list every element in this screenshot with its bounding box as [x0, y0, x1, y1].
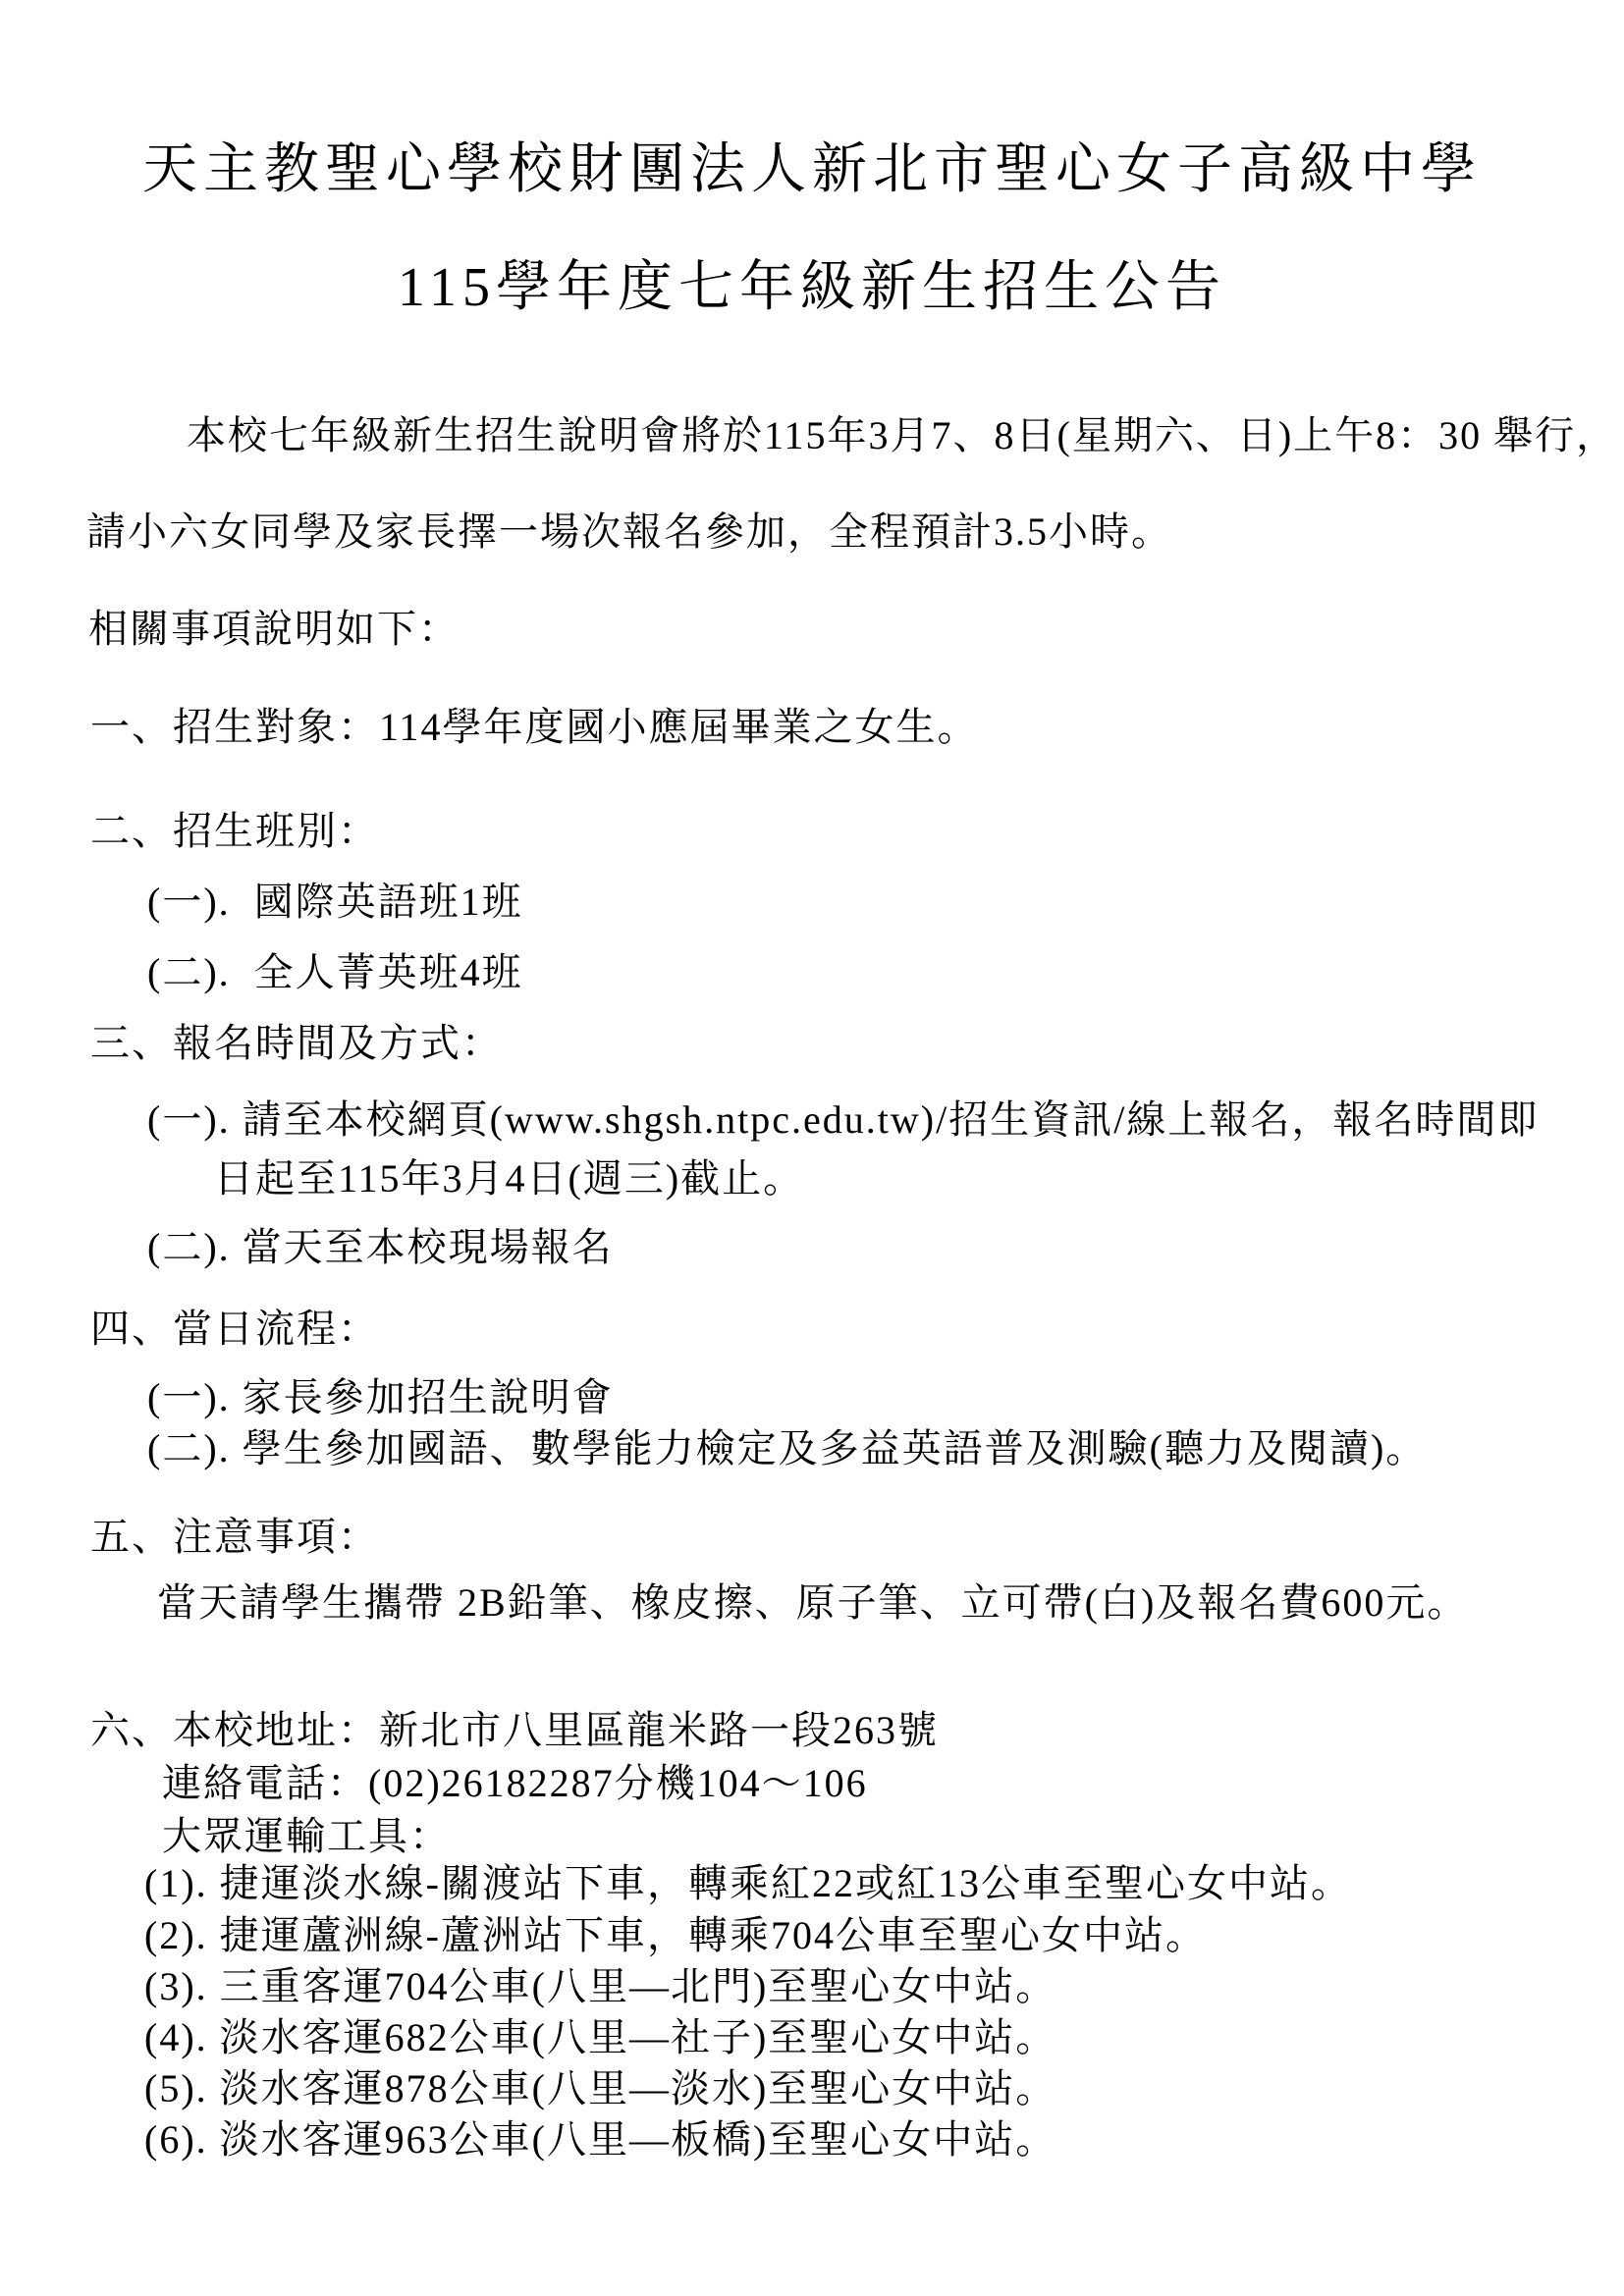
section-2-class-types-heading: 二、招生班別： — [90, 809, 379, 854]
section-4-item-parent-briefing: (一). 家長參加招生說明會 — [147, 1375, 614, 1420]
transport-item-bus-963: (6). 淡水客運963公車(八里—板橋)至聖心女中站。 — [144, 2117, 1056, 2163]
transport-item-mrt-tamsui-line: (1). 捷運淡水線-關渡站下車，轉乘紅22或紅13公車至聖心女中站。 — [144, 1861, 1352, 1906]
section-2-item-international-english-class: (一). 國際英語班1班 — [147, 880, 523, 925]
section-6-transport-heading: 大眾運輸工具： — [162, 1814, 451, 1859]
document-title-line-2: 115學年度七年級新生招生公告 — [0, 243, 1624, 322]
intro-paragraph-line-2: 請小六女同學及家長擇一場次報名參加，全程預計3.5小時。 — [86, 509, 1172, 555]
section-3-item-online-registration-line-2: 日起至115年3月4日(週三)截止。 — [214, 1156, 804, 1201]
transport-item-bus-704: (3). 三重客運704公車(八里—北門)至聖心女中站。 — [144, 1964, 1056, 2009]
section-6-school-address: 六、本校地址：新北市八里區龍米路一段263號 — [90, 1708, 939, 1753]
document-title-line-1: 天主教聖心學校財團法人新北市聖心女子高級中學 — [0, 126, 1624, 204]
preamble-text: 相關事項說明如下： — [88, 607, 460, 652]
section-6-contact-phone: 連絡電話：(02)26182287分機104～106 — [162, 1761, 868, 1806]
transport-item-mrt-luzhou-line: (2). 捷運蘆洲線-蘆洲站下車，轉乘704公車至聖心女中站。 — [144, 1913, 1207, 1958]
section-4-item-student-tests: (二). 學生參加國語、數學能力檢定及多益英語普及測驗(聽力及閱讀)。 — [147, 1426, 1427, 1471]
section-2-item-holistic-elite-class: (二). 全人菁英班4班 — [147, 950, 523, 995]
section-5-notes-body: 當天請學生攜帶 2B鉛筆、橡皮擦、原子筆、立可帶(白)及報名費600元。 — [157, 1580, 1468, 1626]
transport-item-bus-878: (5). 淡水客運878公車(八里—淡水)至聖心女中站。 — [144, 2066, 1056, 2111]
section-5-notes-heading: 五、注意事項： — [90, 1515, 379, 1560]
section-3-item-online-registration-line-1: (一). 請至本校網頁(www.shgsh.ntpc.edu.tw)/招生資訊/… — [147, 1097, 1539, 1143]
transport-item-bus-682: (4). 淡水客運682公車(八里—社子)至聖心女中站。 — [144, 2015, 1056, 2060]
section-3-item-onsite-registration: (二). 當天至本校現場報名 — [147, 1225, 614, 1270]
announcement-document-page: 天主教聖心學校財團法人新北市聖心女子高級中學 115學年度七年級新生招生公告 本… — [0, 0, 1624, 2296]
section-4-day-schedule-heading: 四、當日流程： — [90, 1307, 379, 1352]
intro-paragraph-line-1: 本校七年級新生招生說明會將於115年3月7、8日(星期六、日)上午8：30 舉行… — [187, 413, 1617, 458]
section-1-admission-target: 一、招生對象：114學年度國小應屆畢業之女生。 — [90, 705, 979, 750]
section-3-registration-heading: 三、報名時間及方式： — [90, 1021, 503, 1066]
